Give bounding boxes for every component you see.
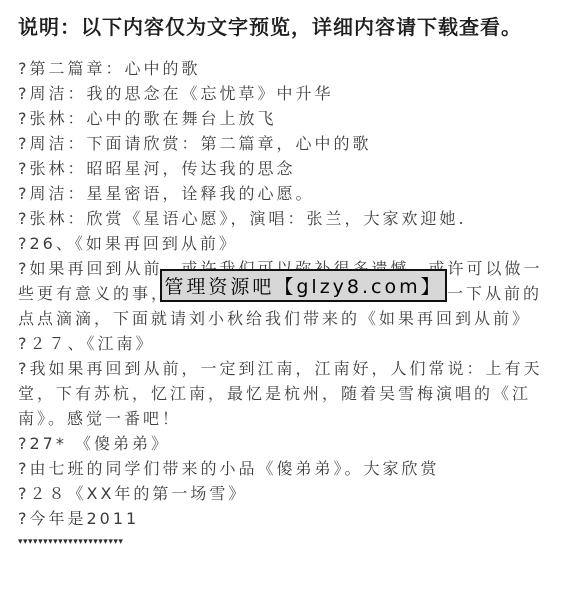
- document-preview-page: 说明：以下内容仅为文字预览，详细内容请下载查看。 ?第二篇章：心中的歌 ?周洁：…: [0, 0, 578, 600]
- text-line: ?张林：欣赏《星语心愿》，演唱：张兰，大家欢迎她.: [18, 206, 578, 231]
- text-line: ?27* 《傻弟弟》: [18, 431, 578, 456]
- text-line: ?26、《如果再回到从前》: [18, 231, 578, 256]
- text-line: ?张林：心中的歌在舞台上放飞: [18, 106, 578, 131]
- text-line: ?今年是2011: [18, 506, 578, 531]
- text-line: ?２７、《江南》: [18, 331, 578, 356]
- text-line: ?张林：昭昭星河，传达我的思念: [18, 156, 578, 181]
- preview-notice: 说明：以下内容仅为文字预览，详细内容请下载查看。: [0, 0, 578, 40]
- text-line: ?２８《XX年的第一场雪》: [18, 481, 578, 506]
- text-line: ?周洁：星星密语，诠释我的心愿。: [18, 181, 578, 206]
- text-line: ?周洁：下面请欣赏：第二篇章，心中的歌: [18, 131, 578, 156]
- text-line: ?我如果再回到从前，一定到江南，江南好，人们常说：上有天: [18, 356, 578, 381]
- text-line: 点点滴滴，下面就请刘小秋给我们带来的《如果再回到从前》: [18, 306, 578, 331]
- text-line: ?周洁：我的思念在《忘忧草》中升华: [18, 81, 578, 106]
- watermark-badge: 管理资源吧【glzy8.com】: [160, 269, 447, 302]
- text-line: 南》。感觉一番吧！: [18, 406, 578, 431]
- text-line: ?第二篇章：心中的歌: [18, 56, 578, 81]
- text-line: ?由七班的同学们带来的小品《傻弟弟》。大家欣赏: [18, 456, 578, 481]
- text-line: 堂，下有苏杭，忆江南，最忆是杭州，随着吴雪梅演唱的《江: [18, 381, 578, 406]
- ellipsis-line: ▾▾▾▾▾▾▾▾▾▾▾▾▾▾▾▾▾▾▾▾▾: [18, 536, 578, 548]
